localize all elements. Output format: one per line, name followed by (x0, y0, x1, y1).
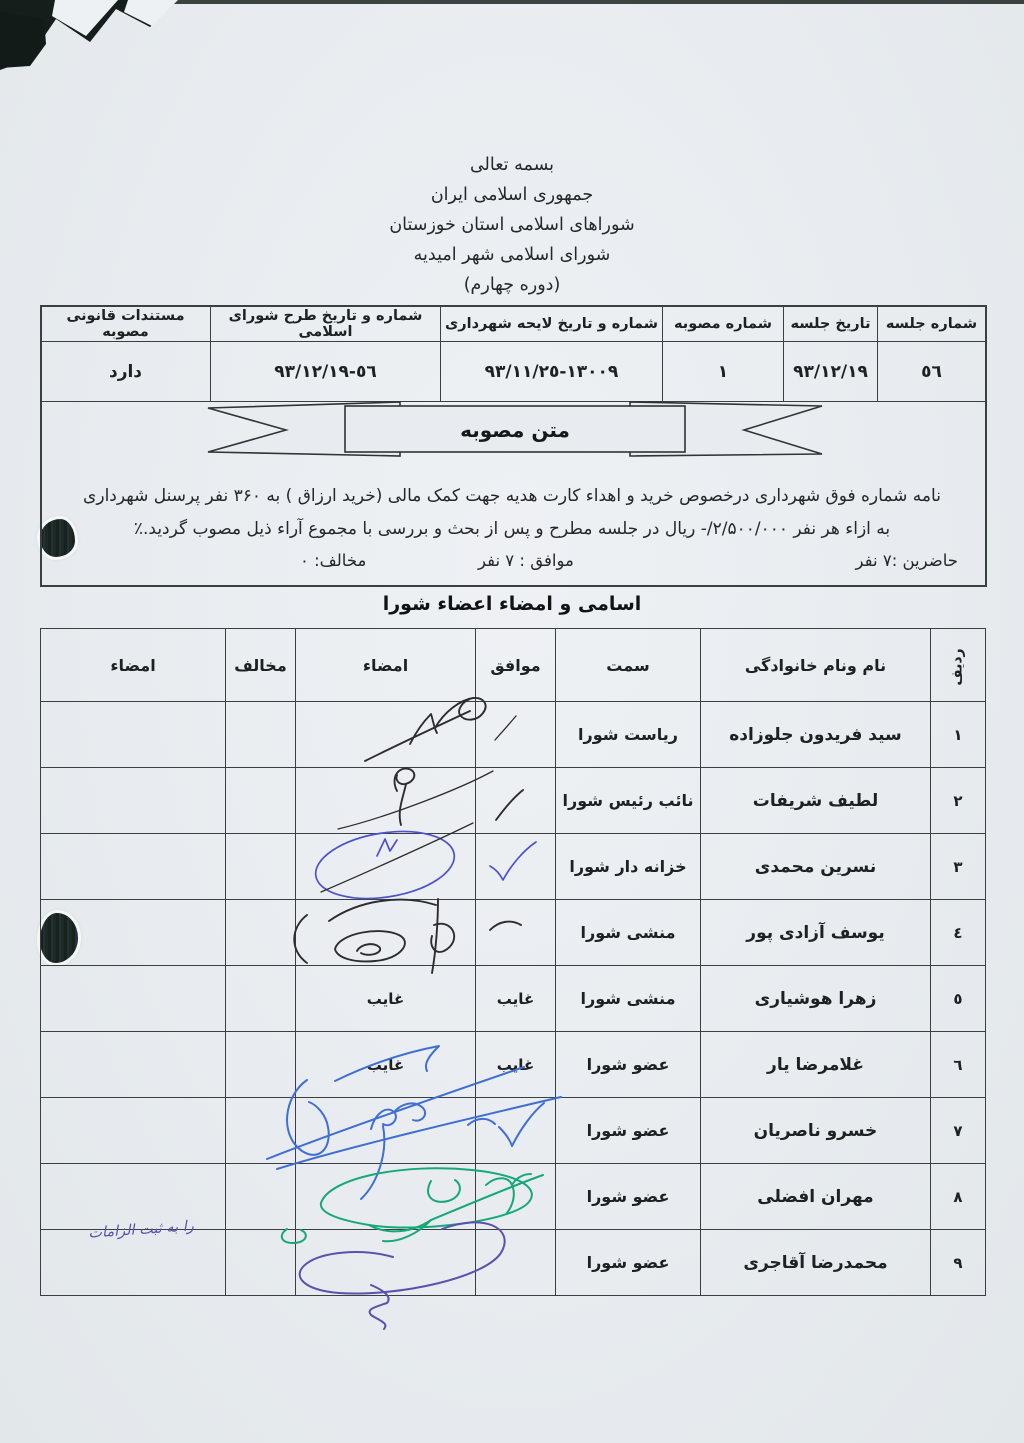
oppose-count: مخالف: ٠ (300, 551, 366, 570)
member-signature2-cell (41, 702, 226, 768)
letterhead-line-basmala: بسمه تعالی (0, 150, 1024, 180)
member-row: ٢ لطیف شریفات نائب رئیس شورا (41, 768, 986, 834)
member-name: محمدرضا آقاجری (701, 1230, 931, 1296)
col-header-session-date: تاریخ جلسه (784, 306, 878, 342)
col-header-session-no: شماره جلسه (878, 306, 986, 342)
member-oppose-cell (226, 966, 296, 1032)
member-name: غلامرضا یار (701, 1032, 931, 1098)
member-signature-cell (296, 1230, 476, 1296)
col-header-signature2: امضاء (41, 629, 226, 702)
letterhead-line-province-councils: شوراهای اسلامی استان خوزستان (0, 210, 1024, 240)
member-row: ٧ خسرو ناصریان عضو شورا (41, 1098, 986, 1164)
member-oppose-cell (226, 834, 296, 900)
member-row: ٦ غلامرضا یار عضو شورا غايب غايب (41, 1032, 986, 1098)
member-name: مهران افضلی (701, 1164, 931, 1230)
member-no: ٨ (931, 1164, 986, 1230)
scanned-document-page: بسمه تعالی جمهوری اسلامی ایران شوراهای ا… (0, 0, 1024, 1443)
member-vote-cell (476, 834, 556, 900)
session-no-value: ٥٦ (878, 342, 986, 402)
resolution-no-value: ١ (663, 342, 784, 402)
member-row: ٤ یوسف آزادی پور منشی شورا (41, 900, 986, 966)
col-header-row-no: ردیف (931, 629, 986, 702)
member-signature-cell (296, 702, 476, 768)
member-vote-cell: غايب (476, 966, 556, 1032)
member-name: نسرین محمدی (701, 834, 931, 900)
present-count: حاضرین :۷ نفر (856, 551, 958, 570)
member-signature2-cell (41, 834, 226, 900)
col-header-plan-no-date: شماره و تاریخ طرح شورای اسلامی (211, 306, 441, 342)
member-signature-cell (296, 1098, 476, 1164)
member-signature2-cell (41, 768, 226, 834)
members-table: ردیف نام ونام خانوادگی سمت موافق امضاء م… (40, 628, 986, 1296)
member-signature-cell (296, 834, 476, 900)
member-row: ٣ نسرین محمدی خزانه دار شورا (41, 834, 986, 900)
member-role: عضو شورا (556, 1230, 701, 1296)
member-signature2-cell (41, 900, 226, 966)
member-role: نائب رئیس شورا (556, 768, 701, 834)
session-info-table: شماره جلسه تاریخ جلسه شماره مصوبه شماره … (40, 305, 986, 402)
member-vote-cell: غايب (476, 1032, 556, 1098)
member-no: ٧ (931, 1098, 986, 1164)
col-header-bill-no-date: شماره و تاریخ لایحه شهرداری (441, 306, 663, 342)
member-role: ریاست شورا (556, 702, 701, 768)
member-signature-cell: غايب (296, 1032, 476, 1098)
col-header-resolution-no: شماره مصوبه (663, 306, 784, 342)
agree-count: موافق : ۷ نفر (478, 551, 574, 570)
member-oppose-cell (226, 1032, 296, 1098)
member-vote-cell (476, 1164, 556, 1230)
member-no: ٦ (931, 1032, 986, 1098)
member-name: یوسف آزادی پور (701, 900, 931, 966)
member-signature-cell: غايب (296, 966, 476, 1032)
member-oppose-cell (226, 768, 296, 834)
member-vote-cell (476, 900, 556, 966)
letterhead: بسمه تعالی جمهوری اسلامی ایران شوراهای ا… (0, 150, 1024, 300)
member-oppose-cell (226, 1098, 296, 1164)
letterhead-line-term: (دوره چهارم) (0, 270, 1024, 300)
member-signature2-cell (41, 1098, 226, 1164)
member-signature2-cell (41, 966, 226, 1032)
member-oppose-cell (226, 702, 296, 768)
member-name: خسرو ناصریان (701, 1098, 931, 1164)
torn-corner-decoration (0, 0, 230, 80)
col-header-agree: موافق (476, 629, 556, 702)
col-header-legal-docs: مستندات قانونی مصوبه (41, 306, 211, 342)
col-header-name: نام ونام خانوادگی (701, 629, 931, 702)
bill-no-date-value: ١٣٠٠٩-٩٣/١١/٢٥ (441, 342, 663, 402)
member-no: ٩ (931, 1230, 986, 1296)
member-role: عضو شورا (556, 1098, 701, 1164)
session-date-value: ٩٣/١٢/١٩ (784, 342, 878, 402)
member-role: عضو شورا (556, 1032, 701, 1098)
member-oppose-cell (226, 1164, 296, 1230)
member-signature2-cell (41, 1032, 226, 1098)
member-row: ٩ محمدرضا آقاجری عضو شورا (41, 1230, 986, 1296)
letterhead-line-city-council: شورای اسلامی شهر امیدیه (0, 240, 1024, 270)
member-role: عضو شورا (556, 1164, 701, 1230)
resolution-text-line1: نامه شماره فوق شهرداری درخصوص خرید و اهد… (50, 486, 974, 506)
member-signature-cell (296, 900, 476, 966)
member-role: خزانه دار شورا (556, 834, 701, 900)
member-vote-cell (476, 1098, 556, 1164)
member-vote-cell (476, 1230, 556, 1296)
member-signature-cell (296, 1164, 476, 1230)
col-header-oppose: مخالف (226, 629, 296, 702)
member-name: زهرا هوشیاری (701, 966, 931, 1032)
members-list-title: اسامی و امضاء اعضاء شورا (0, 593, 1024, 615)
member-oppose-cell (226, 900, 296, 966)
col-header-role: سمت (556, 629, 701, 702)
member-no: ٤ (931, 900, 986, 966)
member-vote-cell (476, 702, 556, 768)
ribbon-title: متن مصوبه (460, 418, 570, 442)
member-row: ٥ زهرا هوشیاری منشی شورا غايب غايب (41, 966, 986, 1032)
member-no: ٣ (931, 834, 986, 900)
member-no: ٢ (931, 768, 986, 834)
member-no: ١ (931, 702, 986, 768)
member-name: لطیف شریفات (701, 768, 931, 834)
member-oppose-cell (226, 1230, 296, 1296)
member-row: ١ سید فریدون جلوزاده ریاست شورا (41, 702, 986, 768)
legal-docs-value: دارد (41, 342, 211, 402)
member-vote-cell (476, 768, 556, 834)
member-signature-cell (296, 768, 476, 834)
resolution-title-ribbon: متن مصوبه (200, 398, 830, 460)
resolution-text-line2: به ازاء هر نفر ۲/۵۰۰/۰۰۰/- ریال در جلسه … (50, 519, 974, 539)
plan-no-date-value: ٥٦-٩٣/١٢/١٩ (211, 342, 441, 402)
member-no: ٥ (931, 966, 986, 1032)
member-role: منشی شورا (556, 966, 701, 1032)
member-role: منشی شورا (556, 900, 701, 966)
row-no-label: ردیف (950, 648, 966, 685)
member-name: سید فریدون جلوزاده (701, 702, 931, 768)
col-header-signature: امضاء (296, 629, 476, 702)
letterhead-line-country: جمهوری اسلامی ایران (0, 180, 1024, 210)
